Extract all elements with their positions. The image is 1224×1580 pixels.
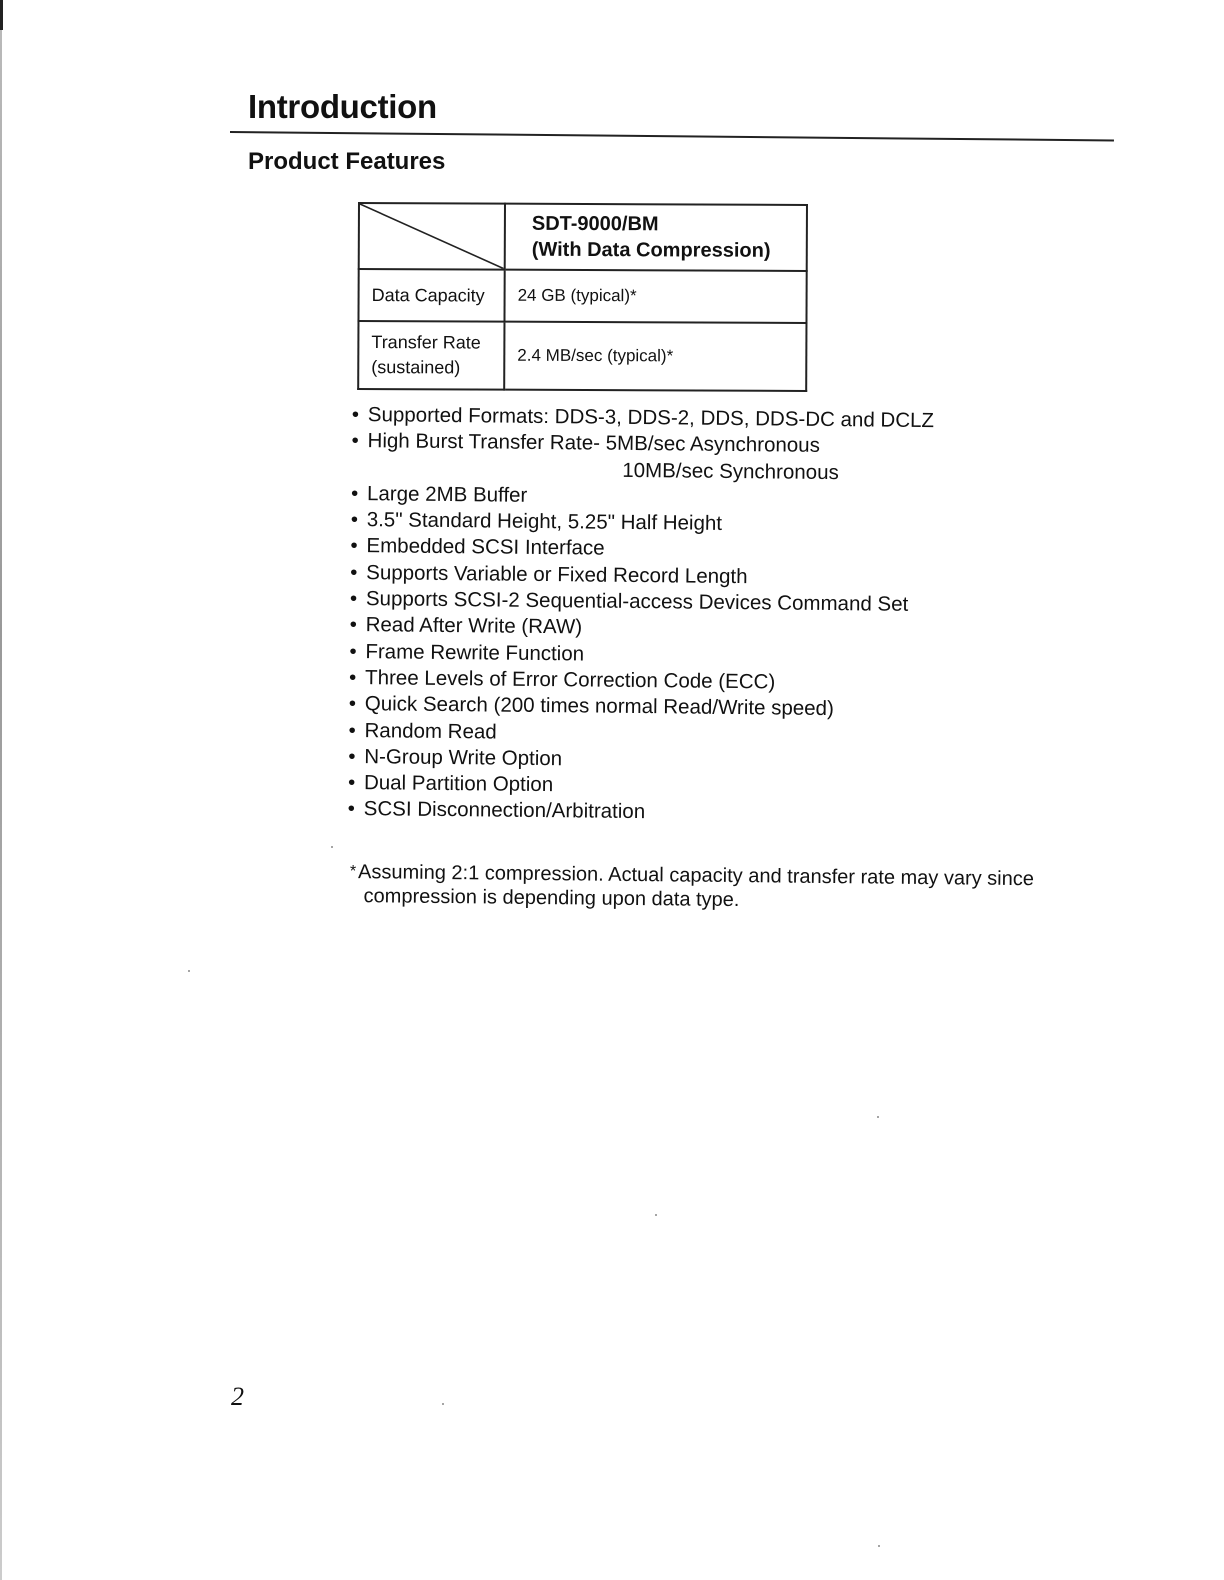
corner-cell: [359, 203, 505, 270]
row-label: Transfer Rate (sustained): [358, 321, 504, 390]
bullet-icon: •: [349, 639, 365, 665]
scan-speck: [331, 846, 333, 848]
bullet-icon: •: [351, 481, 367, 507]
feature-text: SCSI Disconnection/Arbitration: [364, 798, 646, 824]
feature-text: N-Group Write Option: [364, 745, 562, 770]
feature-text: 3.5" Standard Height, 5.25" Half Height: [367, 508, 723, 535]
scan-speck: [188, 970, 190, 972]
footnote-marker: *: [350, 863, 356, 880]
scan-speck: [655, 1214, 657, 1216]
bullet-icon: •: [352, 402, 368, 428]
bullet-icon: •: [350, 560, 366, 586]
row-label: Data Capacity: [358, 269, 504, 322]
scan-edge: [0, 0, 2, 1580]
feature-text: 10MB/sec Synchronous: [622, 458, 839, 483]
feature-text: Embedded SCSI Interface: [366, 535, 604, 560]
bullet-icon: •: [351, 507, 367, 533]
scan-speck: [877, 1116, 879, 1118]
bullet-icon: •: [351, 428, 367, 454]
section-title: Product Features: [248, 148, 445, 176]
model-name: SDT-9000/BM: [532, 211, 796, 238]
feature-text: Quick Search (200 times normal Read/Writ…: [365, 692, 834, 720]
feature-text: High Burst Transfer Rate- 5MB/sec Asynch…: [367, 429, 820, 457]
feature-text: Random Read: [364, 719, 496, 743]
bullet-icon: •: [348, 718, 364, 744]
row-label-line: (sustained): [371, 355, 493, 381]
spec-table: SDT-9000/BM (With Data Compression) Data…: [357, 202, 808, 392]
row-value: 24 GB (typical)*: [504, 270, 806, 323]
bullet-icon: •: [350, 533, 366, 559]
title-divider: [230, 131, 1114, 141]
bullet-icon: •: [349, 665, 365, 691]
feature-text: Dual Partition Option: [364, 771, 553, 796]
feature-text: Three Levels of Error Correction Code (E…: [365, 666, 775, 693]
feature-item: •SCSI Disconnection/Arbitration: [348, 796, 930, 828]
row-label-line: Transfer Rate: [371, 330, 493, 356]
page-number: 2: [231, 1382, 244, 1412]
bullet-icon: •: [349, 691, 365, 717]
table-row: Data Capacity 24 GB (typical)*: [358, 269, 806, 323]
footnote: *Assuming 2:1 compression. Actual capaci…: [349, 860, 1129, 916]
feature-text: Supports SCSI-2 Sequential-access Device…: [366, 587, 909, 616]
feature-list: •Supported Formats: DDS-3, DDS-2, DDS, D…: [348, 402, 935, 829]
scan-speck: [878, 1545, 880, 1547]
feature-text: Read After Write (RAW): [366, 614, 583, 639]
table-header-row: SDT-9000/BM (With Data Compression): [359, 203, 807, 271]
page-title: Introduction: [248, 88, 437, 126]
diagonal-divider-icon: [360, 204, 504, 269]
scan-mark: [0, 0, 3, 30]
row-value: 2.4 MB/sec (typical)*: [504, 322, 806, 391]
scan-speck: [442, 1403, 444, 1405]
model-header: SDT-9000/BM (With Data Compression): [505, 204, 807, 271]
bullet-icon: •: [350, 612, 366, 638]
model-subtitle: (With Data Compression): [532, 237, 796, 264]
bullet-icon: •: [348, 796, 364, 822]
feature-text: Supported Formats: DDS-3, DDS-2, DDS, DD…: [368, 403, 934, 432]
bullet-icon: •: [348, 770, 364, 796]
feature-text: Frame Rewrite Function: [365, 640, 584, 665]
table-row: Transfer Rate (sustained) 2.4 MB/sec (ty…: [358, 321, 806, 391]
bullet-icon: •: [350, 586, 366, 612]
bullet-icon: •: [348, 744, 364, 770]
feature-text: Large 2MB Buffer: [367, 482, 528, 507]
feature-text: Supports Variable or Fixed Record Length: [366, 561, 748, 588]
